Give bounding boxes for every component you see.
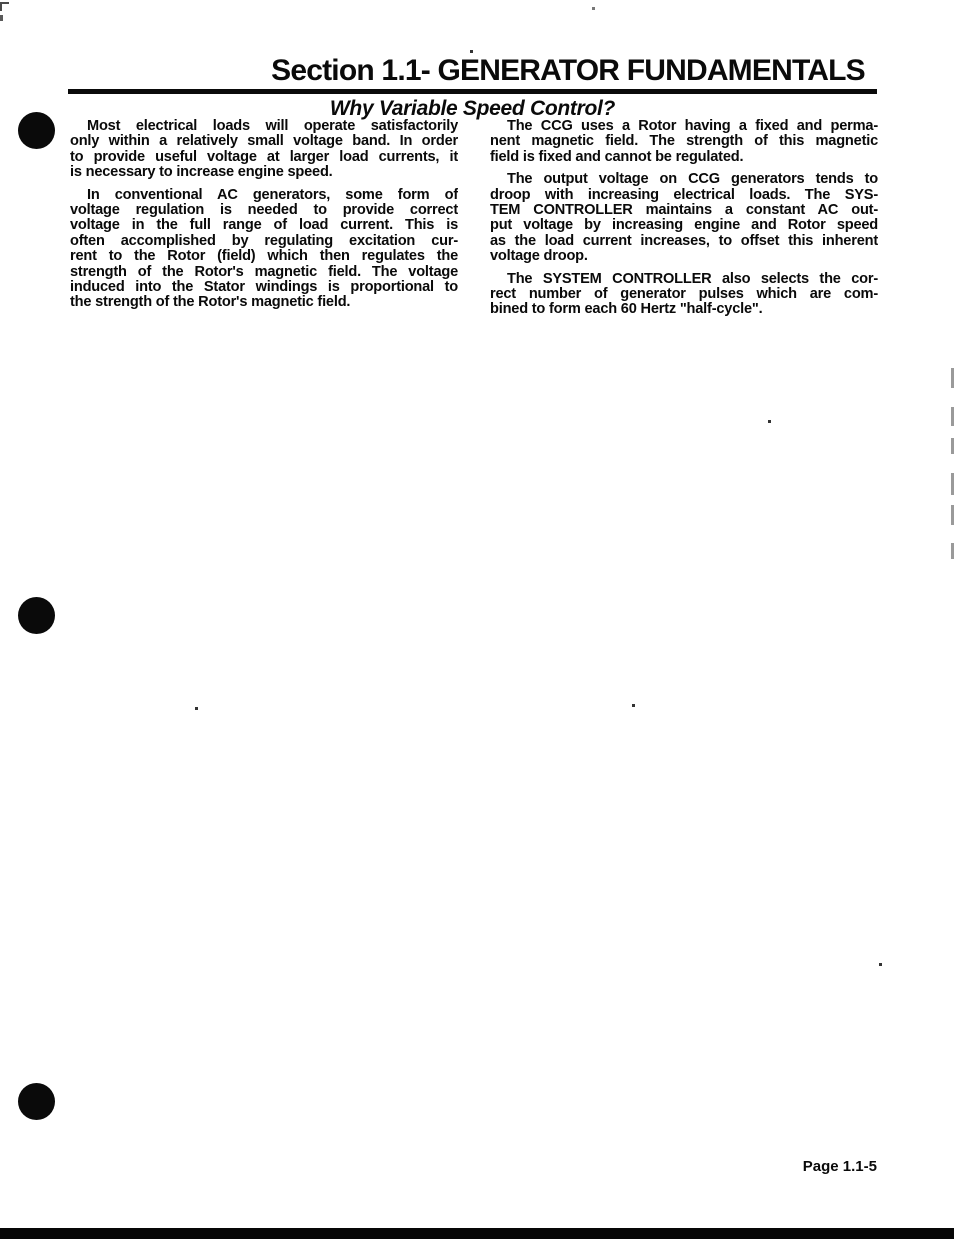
text-line: only within a relatively small voltage b…	[70, 134, 458, 149]
section-title: Section 1.1- GENERATOR FUNDAMENTALS	[238, 54, 898, 88]
scan-speck	[879, 963, 882, 966]
text-line: the strength of the Rotor's magnetic fie…	[70, 295, 458, 310]
text-line: TEM CONTROLLER maintains a constant AC o…	[490, 203, 878, 218]
hole-punch-mark	[18, 597, 55, 634]
text-line: voltage in the full range of load curren…	[70, 218, 458, 233]
text-line: The SYSTEM CONTROLLER also selects the c…	[490, 272, 878, 287]
text-line: rent to the Rotor (field) which then reg…	[70, 249, 458, 264]
text-line: as the load current increases, to offset…	[490, 234, 878, 249]
page-subtitle: Why Variable Speed Control?	[68, 97, 877, 121]
text-line: nent magnetic field. The strength of thi…	[490, 134, 878, 149]
text-line: is necessary to increase engine speed.	[70, 165, 458, 180]
text-line: field is fixed and cannot be regulated.	[490, 150, 878, 165]
text-line: droop with increasing electrical loads. …	[490, 188, 878, 203]
paragraph: In conventional AC generators, some form…	[70, 188, 458, 311]
paragraph: The CCG uses a Rotor having a fixed and …	[490, 119, 878, 165]
column-right: The CCG uses a Rotor having a fixed and …	[490, 119, 878, 325]
text-line: In conventional AC generators, some form…	[70, 188, 458, 203]
text-line: often accomplished by regulating excitat…	[70, 234, 458, 249]
text-line: to provide useful voltage at larger load…	[70, 150, 458, 165]
text-line: The output voltage on CCG generators ten…	[490, 172, 878, 187]
scan-corner-mark	[0, 2, 9, 11]
text-line: bined to form each 60 Hertz "half-cycle"…	[490, 302, 878, 317]
page-number: Page 1.1-5	[68, 1158, 877, 1175]
text-line: put voltage by increasing engine and Rot…	[490, 218, 878, 233]
text-line: voltage droop.	[490, 249, 878, 264]
scan-corner-dash	[0, 15, 3, 21]
paragraph: Most electrical loads will operate satis…	[70, 119, 458, 181]
paragraph: The SYSTEM CONTROLLER also selects the c…	[490, 272, 878, 318]
scan-speck	[195, 707, 198, 710]
column-left: Most electrical loads will operate satis…	[70, 119, 458, 325]
hole-punch-mark	[18, 1083, 55, 1120]
scan-speck	[592, 7, 595, 10]
scan-speck	[768, 420, 771, 423]
document-page: Section 1.1- GENERATOR FUNDAMENTALS Why …	[0, 0, 954, 1239]
scan-speck	[632, 704, 635, 707]
body-columns: Most electrical loads will operate satis…	[70, 119, 878, 325]
hole-punch-mark	[18, 112, 55, 149]
paragraph: The output voltage on CCG generators ten…	[490, 172, 878, 264]
text-line: The CCG uses a Rotor having a fixed and …	[490, 119, 878, 134]
text-line: strength of the Rotor's magnetic field. …	[70, 265, 458, 280]
text-line: Most electrical loads will operate satis…	[70, 119, 458, 134]
scan-bottom-edge	[0, 1228, 954, 1239]
text-line: voltage regulation is needed to provide …	[70, 203, 458, 218]
text-line: induced into the Stator windings is prop…	[70, 280, 458, 295]
text-line: rect number of generator pulses which ar…	[490, 287, 878, 302]
header-rule	[68, 89, 877, 94]
scan-speck	[470, 50, 473, 53]
